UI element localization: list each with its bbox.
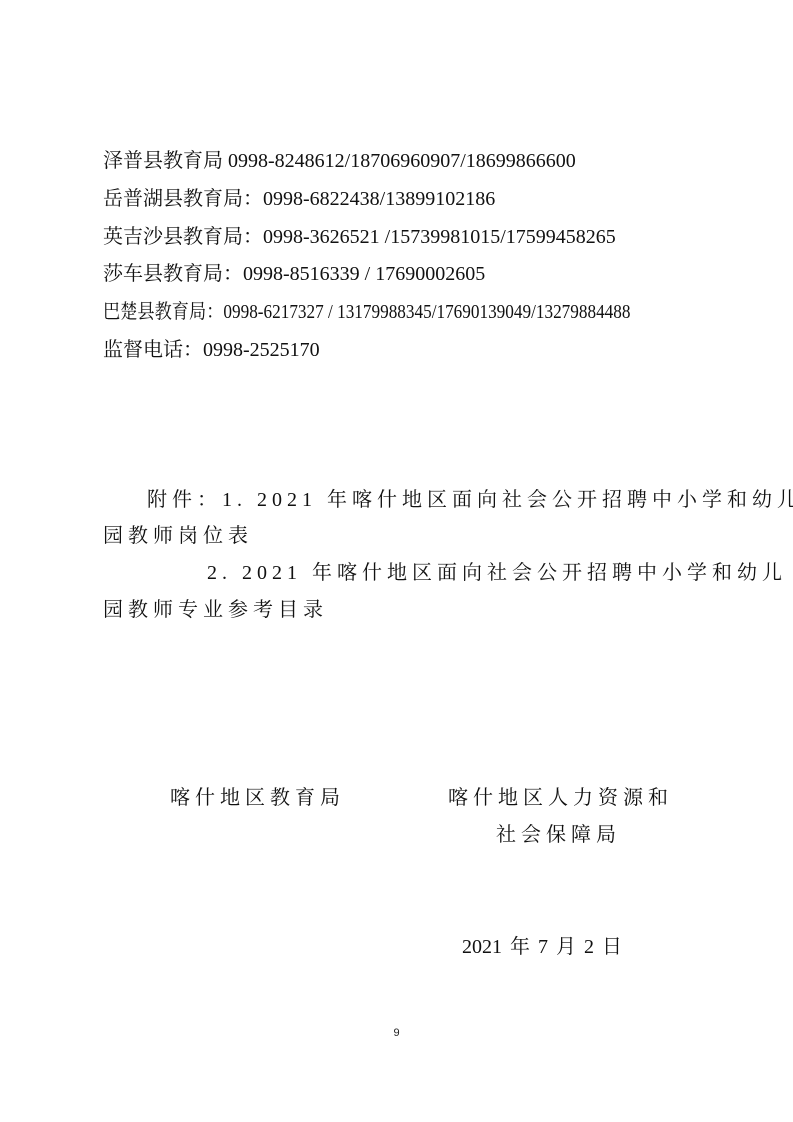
separator: ：	[183, 339, 203, 361]
phone-numbers: 0998-3626521 /15739981015/17599458265	[263, 226, 616, 248]
contact-line-yuepuhu: 岳普湖县教育局：0998-6822438/13899102186	[103, 187, 495, 211]
phone-numbers: 0998-8516339 / 17690002605	[243, 263, 485, 285]
hotline-label: 监督电话	[103, 339, 183, 361]
separator: ：	[223, 263, 243, 285]
page-number: 9	[0, 1027, 793, 1039]
attachment-2-line1: 2. 2021 年喀什地区面向社会公开招聘中小学和幼儿	[207, 561, 787, 585]
phone-numbers: 0998-6217327 / 13179988345/17690139049/1…	[223, 301, 630, 323]
attachment-title: 2021 年喀什地区面向社会公开招聘中小学和幼儿	[257, 489, 793, 511]
signature-education-bureau: 喀什地区教育局	[170, 786, 345, 810]
office-name: 英吉沙县教育局	[103, 226, 243, 248]
phone-numbers: 0998-6822438/13899102186	[263, 188, 495, 210]
contact-line-shache: 莎车县教育局：0998-8516339 / 17690002605	[103, 262, 485, 286]
attachment-2-line2: 园教师专业参考目录	[103, 598, 328, 622]
office-name: 巴楚县教育局	[103, 301, 206, 323]
attachment-1-line1: 附件：1. 2021 年喀什地区面向社会公开招聘中小学和幼儿	[147, 488, 793, 512]
phone-numbers: 0998-8248612/18706960907/18699866600	[228, 150, 576, 172]
separator: ：	[206, 301, 223, 323]
attachment-title: 2021 年喀什地区面向社会公开招聘中小学和幼儿	[242, 562, 787, 584]
office-name: 岳普湖县教育局	[103, 188, 243, 210]
signature-hr-bureau-line2: 社会保障局	[496, 823, 621, 847]
attachment-1-line2: 园教师岗位表	[103, 524, 253, 548]
attachment-number: 1.	[222, 489, 247, 511]
separator: ：	[243, 226, 263, 248]
office-name: 泽普县教育局	[103, 150, 223, 172]
attachment-number: 2.	[207, 562, 232, 584]
contact-line-bachu: 巴楚县教育局：0998-6217327 / 13179988345/176901…	[103, 300, 716, 324]
supervision-hotline: 监督电话：0998-2525170	[103, 338, 320, 362]
office-name: 莎车县教育局	[103, 263, 223, 285]
hotline-number: 0998-2525170	[203, 339, 320, 361]
separator: ：	[243, 188, 263, 210]
document-date: 2021 年 7 月 2 日	[462, 935, 622, 959]
contact-line-zepu: 泽普县教育局 0998-8248612/18706960907/18699866…	[103, 149, 576, 173]
attachments-label: 附件：	[147, 489, 222, 511]
contact-line-yingjisha: 英吉沙县教育局：0998-3626521 /15739981015/175994…	[103, 225, 616, 249]
signature-hr-bureau-line1: 喀什地区人力资源和	[448, 786, 673, 810]
